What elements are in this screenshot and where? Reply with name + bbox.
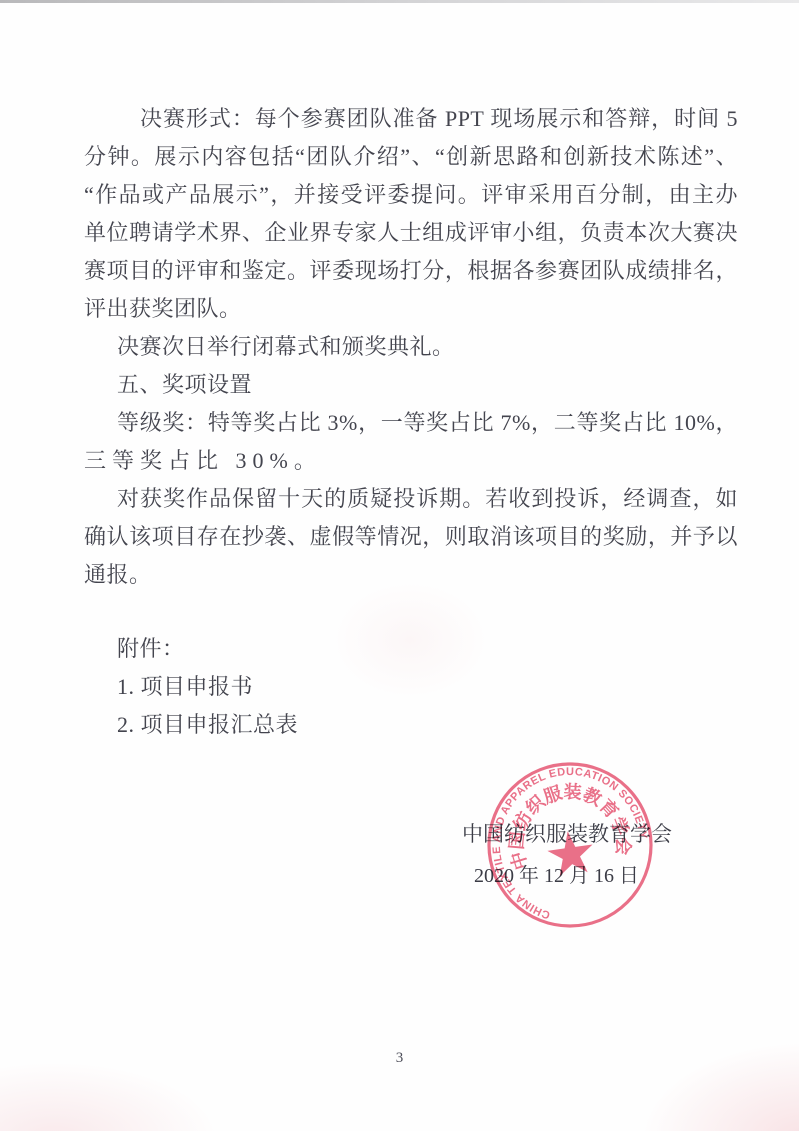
body-line: 三等奖占比 30%。 xyxy=(84,442,738,480)
body-line: 对获奖作品保留十天的质疑投诉期。若收到投诉，经调查，如 xyxy=(84,480,738,518)
body-line: 决赛形式：每个参赛团队准备 PPT 现场展示和答辩，时间 5 xyxy=(84,100,738,138)
scan-edge-artifact xyxy=(0,0,799,3)
body-line: 确认该项目存在抄袭、虚假等情况，则取消该项目的奖励，并予以 xyxy=(84,518,738,556)
official-seal: CHINA TEXTILE AND APPAREL EDUCATION SOCI… xyxy=(468,743,672,947)
body-line: 赛项目的评审和鉴定。评委现场打分，根据各参赛团队成绩排名， xyxy=(84,252,738,290)
body-line: 评出获奖团队。 xyxy=(84,290,738,328)
attachment-item: 1. 项目申报书 xyxy=(84,668,738,706)
body-line: “作品或产品展示”，并接受评委提问。评审采用百分制，由主办 xyxy=(84,176,738,214)
attachment-item: 2. 项目申报汇总表 xyxy=(84,706,738,744)
document-body: 决赛形式：每个参赛团队准备 PPT 现场展示和答辩，时间 5 分钟。展示内容包括… xyxy=(84,100,738,744)
star-icon xyxy=(545,828,596,877)
page-number: 3 xyxy=(0,1050,799,1067)
scanned-document-page: 决赛形式：每个参赛团队准备 PPT 现场展示和答辩，时间 5 分钟。展示内容包括… xyxy=(0,0,799,1131)
section-heading: 五、奖项设置 xyxy=(84,366,738,404)
body-line: 等级奖：特等奖占比 3%，一等奖占比 7%，二等奖占比 10%， xyxy=(84,404,738,442)
attachments-section: 附件： 1. 项目申报书 2. 项目申报汇总表 xyxy=(84,630,738,744)
body-line: 决赛次日举行闭幕式和颁奖典礼。 xyxy=(84,328,738,366)
scan-smudge xyxy=(0,1061,220,1131)
attachments-heading: 附件： xyxy=(84,630,738,668)
body-line: 单位聘请学术界、企业界专家人士组成评审小组，负责本次大赛决 xyxy=(84,214,738,252)
body-line: 分钟。展示内容包括“团队介绍”、“创新思路和创新技术陈述”、 xyxy=(84,138,738,176)
body-line: 通报。 xyxy=(84,556,738,594)
